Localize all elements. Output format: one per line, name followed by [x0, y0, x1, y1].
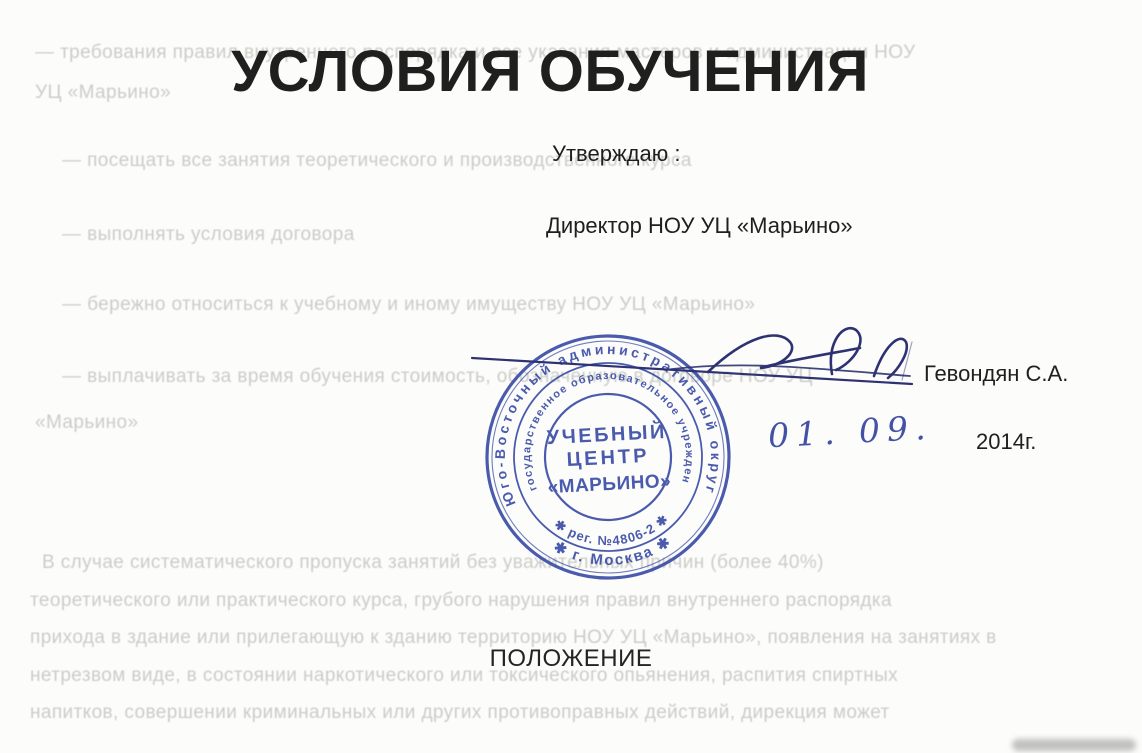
- bleedthrough-line: напитков, совершении криминальных или др…: [30, 702, 890, 724]
- approver-role: Директор НОУ УЦ «Марьино»: [546, 213, 853, 239]
- approver-name: Гевондян С.А.: [924, 361, 1068, 387]
- signature-ink: [460, 318, 940, 398]
- date-year: 2014г.: [976, 429, 1036, 455]
- scan-smudge: [1012, 739, 1136, 751]
- bleedthrough-line: — выполнять условия договора: [62, 224, 355, 246]
- stamp-center-line3: «МАРЬИНО»: [547, 471, 672, 498]
- section-heading: ПОЛОЖЕНИЕ: [0, 645, 1142, 673]
- bleedthrough-line: теоретического или практического курса, …: [30, 590, 892, 612]
- scanned-document-page: — требования правил внутреннего распоряд…: [0, 0, 1142, 753]
- document-title: УСЛОВИЯ ОБУЧЕНИЯ: [140, 38, 960, 105]
- bleedthrough-line: — бережно относиться к учебному и иному …: [62, 294, 755, 316]
- bleedthrough-line: «Марьино»: [35, 412, 138, 434]
- handwritten-date: 01. 09.: [767, 408, 933, 456]
- stamp-center-line1: УЧЕБНЫЙ: [546, 419, 667, 449]
- stamp-center-line2: ЦЕНТР: [566, 445, 650, 471]
- approve-label: Утверждаю :: [552, 141, 680, 167]
